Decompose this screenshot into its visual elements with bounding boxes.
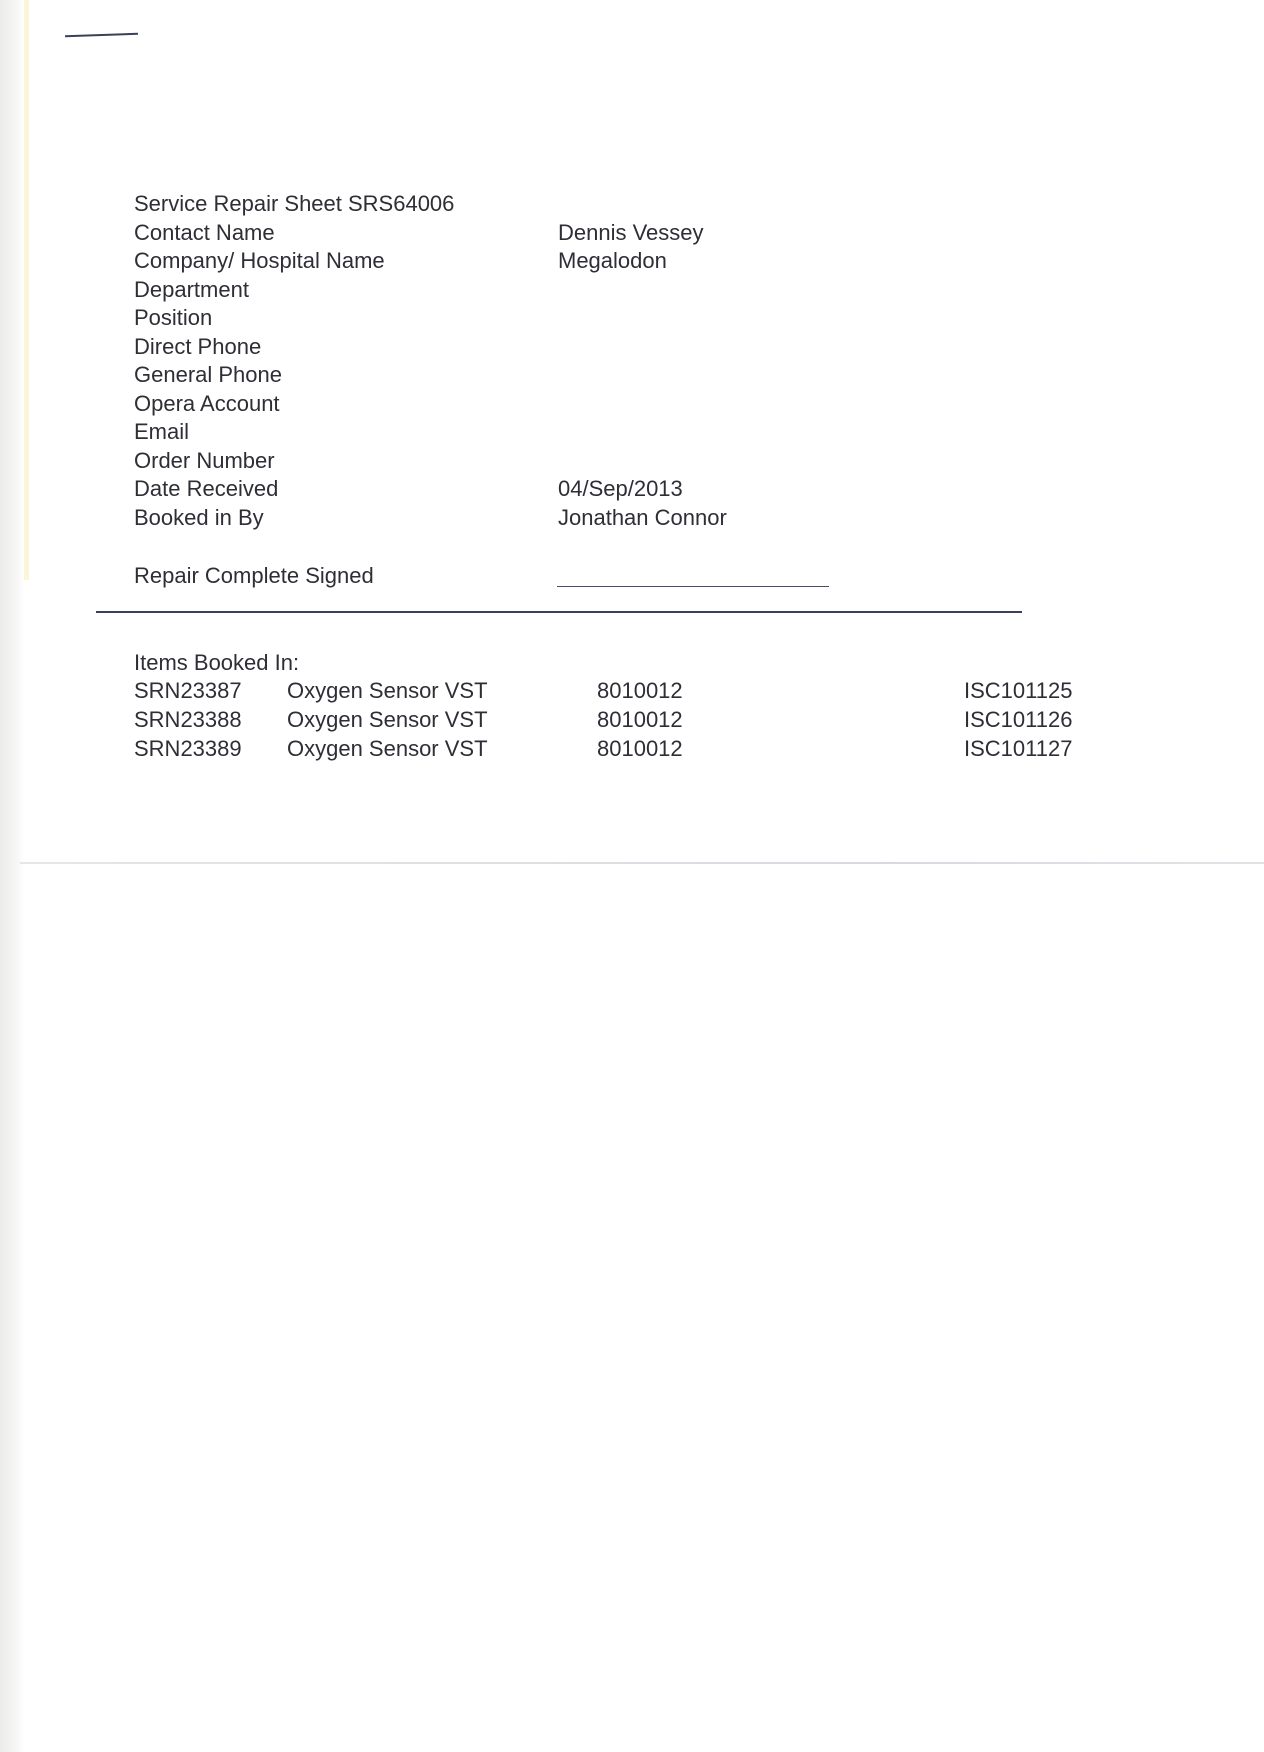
signature-label: Repair Complete Signed <box>134 563 374 589</box>
item-serial: ISC101127 <box>964 736 1072 762</box>
section-divider <box>96 611 1022 613</box>
field-value-company: Megalodon <box>558 248 667 274</box>
field-label-date-received: Date Received <box>134 476 278 502</box>
field-label-company: Company/ Hospital Name <box>134 248 385 274</box>
sheet-title: Service Repair Sheet SRS64006 <box>134 191 454 217</box>
item-srn: SRN23388 <box>134 707 242 733</box>
field-label-direct-phone: Direct Phone <box>134 334 261 360</box>
field-value-date-received: 04/Sep/2013 <box>558 476 683 502</box>
paper-fold-line <box>20 862 1264 864</box>
scan-left-edge <box>0 0 24 1752</box>
field-label-email: Email <box>134 419 189 445</box>
field-value-booked-in-by: Jonathan Connor <box>558 505 727 531</box>
item-serial: ISC101125 <box>964 678 1072 704</box>
signature-line <box>557 586 829 587</box>
field-label-opera-account: Opera Account <box>134 391 280 417</box>
field-label-department: Department <box>134 277 249 303</box>
items-heading: Items Booked In: <box>134 650 299 676</box>
paper-edge-strip <box>24 0 29 580</box>
item-part-number: 8010012 <box>597 707 683 733</box>
item-description: Oxygen Sensor VST <box>287 707 488 733</box>
item-description: Oxygen Sensor VST <box>287 678 488 704</box>
item-serial: ISC101126 <box>964 707 1072 733</box>
field-label-contact-name: Contact Name <box>134 220 275 246</box>
field-label-order-number: Order Number <box>134 448 275 474</box>
item-part-number: 8010012 <box>597 678 683 704</box>
item-srn: SRN23389 <box>134 736 242 762</box>
field-label-booked-in-by: Booked in By <box>134 505 264 531</box>
field-label-position: Position <box>134 305 212 331</box>
pen-mark <box>65 33 138 38</box>
field-label-general-phone: General Phone <box>134 362 282 388</box>
item-srn: SRN23387 <box>134 678 242 704</box>
item-part-number: 8010012 <box>597 736 683 762</box>
item-description: Oxygen Sensor VST <box>287 736 488 762</box>
field-value-contact-name: Dennis Vessey <box>558 220 704 246</box>
